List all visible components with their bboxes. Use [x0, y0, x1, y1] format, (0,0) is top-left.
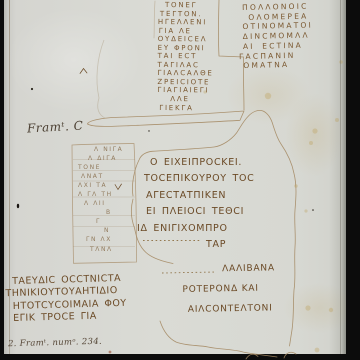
greek-column-top-right: ΠΟΛΛΟΝΟΙC ΟΛΟΜΕΡΕΑ ΟΤΙΝΟΜΑΤΟΙ ΔΙΝCΜΟΜΛΛ …: [242, 2, 314, 71]
greek-column-bottom-right: ΛΑΛΙΒΑΝΑ ΡΟΤΕΡΟΝΔ ΚΑΙ ΑΙΛCΟΝΤΕΛΤΟΝΙ: [182, 259, 276, 320]
greek-text-line: ΤΟΝΕΓ: [165, 1, 214, 10]
greek-text-line: Λ ΝΙΓΑ: [94, 145, 123, 154]
greek-text-line: ΗΓΕΛΛΕΝΙ: [158, 18, 214, 27]
greek-text-line: ΤΑΙ ΕCΤ: [158, 52, 214, 61]
scanned-manuscript-page: ΤΟΝΕΓ ΤΕΓΤΟΝ. ΗΓΕΛΛΕΝΙ ΓΙΑ ΛΕ ΟΥΔΕΙCΕΛ Ε…: [0, 0, 360, 360]
pencil-outline: [97, 40, 106, 119]
greek-column-bottom-left: ΤΑΕΥΔΙC ΟCCΤΝΙCΤΑ ΤΗΝΙΚΙΟΥΤΟΥΑΗΤΙΔΙΟ ΗΤΟ…: [12, 273, 127, 326]
greek-text-line: ΡΟΤΕΡΟΝΔ ΚΑΙ: [182, 279, 275, 300]
outline-bottom-fragment: [160, 321, 277, 357]
greek-text-line: ΛΝΑΤ: [81, 172, 123, 181]
greek-text-line: ΕΥ ΦΡΟΝΙ: [158, 44, 214, 53]
greek-text-line: ΤΑΡ: [206, 237, 255, 253]
greek-text-line: ΛΑΛΙΒΑΝΑ: [222, 259, 275, 280]
outline-top-box-left: [154, 1, 155, 38]
greek-text-line: ΓΙΑΓΙΑΙΕΓΙ: [157, 86, 213, 95]
greek-text-line: Ο ΕΙΧΕΙΠΡΟCΚΕΙ.: [150, 155, 255, 171]
greek-text-line: ΙΔ ΕΝΙΓΙΧΟΜΠΡΟ: [137, 221, 255, 237]
greek-text-line: ΖΡΕΙCΙΟΤΕ: [157, 78, 213, 87]
greek-text-line: Λ ΔΙΓΑ: [88, 154, 123, 163]
greek-column-central-fragment: Ο ΕΙΧΕΙΠΡΟCΚΕΙ. ΤΟCΕΠΙΚΟΥΡΟΥ ΤΟC ΑΓΕCΤΑΤ…: [146, 155, 255, 253]
greek-text-line: ΤΕΓΤΟΝ.: [160, 10, 214, 19]
greek-text-line: ΑΓΕCΤΑΤΠΙΚΕΝ: [146, 188, 255, 204]
greek-text-line: ΟΥΔΕΙCΕΛ: [158, 35, 214, 44]
greek-text-line: ΤΑΓΙΛΑC: [158, 61, 214, 70]
greek-text-line: Γ: [96, 217, 123, 226]
greek-text-line: ΤΛΝΛ: [90, 245, 123, 254]
greek-text-line: ΑΙΛCΟΝΤΕΛΤΟΝΙ: [188, 299, 276, 320]
greek-text-line: ΟΜΑΤΝΑ: [243, 60, 314, 71]
greek-text-line: Β: [106, 208, 123, 217]
greek-text-line: ΕΙ ΠΛΕΙΟCΙ ΤΕΘCΙ: [146, 204, 255, 220]
greek-column-top-middle: ΤΟΝΕΓ ΤΕΓΤΟΝ. ΗΓΕΛΛΕΝΙ ΓΙΑ ΛΕ ΟΥΔΕΙCΕΛ Ε…: [157, 1, 214, 112]
greek-text-line: ΤΟΝΕ: [78, 163, 123, 172]
outline-top-box-sliver: [88, 111, 245, 126]
greek-text-line: Ν: [104, 226, 123, 235]
fragment-label: Framᵗ. C: [27, 119, 84, 136]
greek-text-line: ΑΙ ΕCΤΙΝΑ: [243, 40, 314, 51]
greek-text-line: ΛΛΕ: [170, 95, 213, 104]
greek-column-left-fragment: Λ ΝΙΓΑ Λ ΔΙΓΑ ΤΟΝΕ ΛΝΑΤ ΛΧΙ ΤΑ Λ ΓΛ ΤΗ Λ…: [76, 145, 123, 254]
greek-text-line: ΓΙΑΛCΑΛΘΕ: [157, 69, 213, 78]
greek-text-line: ΓΙΕΚΓΑ: [159, 104, 213, 113]
greek-text-line: Λ ΓΛ ΤΗ: [78, 190, 123, 199]
outline-bottom-curl-2: [284, 352, 296, 358]
greek-text-line: ΓΝ ΛΧ: [86, 235, 123, 244]
greek-text-line: ΤΟCΕΠΙΚΟΥΡΟΥ ΤΟC: [144, 171, 255, 187]
outline-bottom-curl-1: [246, 354, 258, 359]
greek-text-line: ΛΧΙ ΤΑ: [78, 181, 123, 190]
greek-text-line: Λ ΛΙΙ: [84, 199, 123, 208]
caret-mark: [80, 69, 87, 74]
greek-text-line: ΓΙΑ ΛΕ: [159, 27, 214, 36]
red-speck: [109, 351, 112, 354]
